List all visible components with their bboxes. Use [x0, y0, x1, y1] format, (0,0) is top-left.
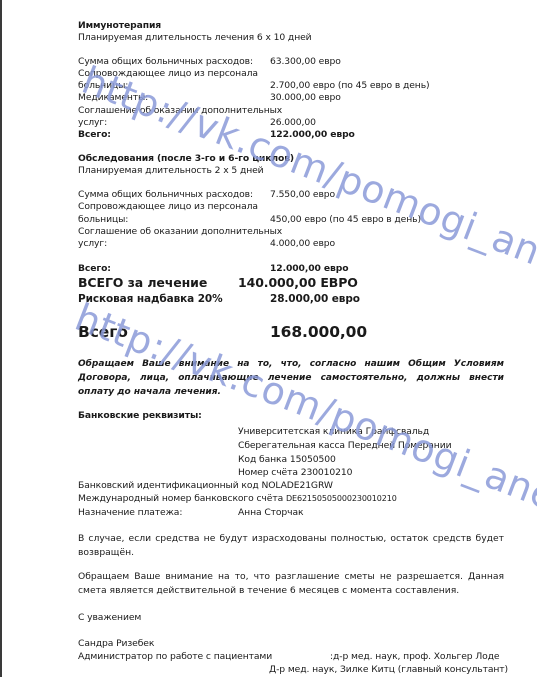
- confidentiality-notice: Обращаем Ваше внимание на то, что разгла…: [78, 570, 504, 598]
- examinations-row-label: больницы:: [78, 214, 128, 226]
- signer-name: Сандра Ризебек: [78, 638, 154, 650]
- closing-regards: С уважением: [78, 612, 141, 624]
- examinations-row-value: 7.550,00 евро: [270, 189, 335, 201]
- bank-recipient-line: Код банка 15050500: [238, 454, 336, 466]
- examinations-total-value: 12.000,00 евро: [270, 263, 348, 275]
- payment-purpose-label: Назначение платежа:: [78, 507, 182, 519]
- document-page: Иммунотерапия Планируемая длительность л…: [0, 0, 537, 677]
- bank-recipient-line: Номер счёта 230010210: [238, 467, 352, 479]
- immunotherapy-row-label: больницы:: [78, 80, 128, 92]
- bank-details-title: Банковские реквизиты:: [78, 410, 202, 422]
- examinations-row-label: Сумма общих больничных расходов:: [78, 189, 253, 201]
- bank-bic: Банковский идентификационный код NOLADE2…: [78, 480, 333, 492]
- refund-notice: В случае, если средства не будут израсхо…: [78, 532, 504, 560]
- risk-surcharge-label: Рисковая надбавка 20%: [78, 293, 223, 305]
- examinations-row-value: 4.000,00 евро: [270, 238, 335, 250]
- grand-total-value: 168.000,00: [270, 326, 367, 338]
- iban-value: DE62150505000230010210: [286, 494, 397, 503]
- examinations-row-value: 450,00 евро (по 45 евро в день): [270, 214, 421, 226]
- grand-total-label: Всего: [78, 326, 128, 338]
- immunotherapy-row-value: 2.700,00 евро (по 45 евро в день): [270, 80, 430, 92]
- immunotherapy-total-value: 122.000,00 евро: [270, 129, 355, 141]
- examinations-total-label: Всего:: [78, 263, 111, 275]
- bank-iban: Международный номер банковского счёта DE…: [78, 493, 397, 505]
- immunotherapy-row-value: 26.000,00: [270, 117, 316, 129]
- doctor-signature-2: Д-р мед. наук, Зилке Китц (главный консу…: [269, 664, 508, 676]
- examinations-row-label: Сопровождающее лицо из персонала: [78, 201, 258, 213]
- treatment-total-value: 140.000,00 ЕВРО: [238, 277, 358, 289]
- bank-recipient-line: Университетская клиника Грайфсвальд: [238, 426, 429, 438]
- immunotherapy-row-label: услуг:: [78, 117, 107, 129]
- iban-label: Международный номер банковского счёта: [78, 493, 283, 504]
- risk-surcharge-value: 28.000,00 евро: [270, 293, 360, 305]
- immunotherapy-row-value: 63.300,00 евро: [270, 56, 341, 68]
- immunotherapy-row-label: Соглашение об оказании дополнительных: [78, 105, 282, 117]
- signer-role: Администратор по работе с пациентами: [78, 651, 272, 663]
- bank-recipient-line: Сберегательная касса Передней Померании: [238, 440, 451, 452]
- treatment-total-label: ВСЕГО за лечение: [78, 277, 207, 289]
- examinations-duration: Планируемая длительность 2 х 5 дней: [78, 165, 264, 177]
- doctor-signature-1: :д-р мед. наук, проф. Хольгер Лоде: [330, 651, 499, 663]
- immunotherapy-row-label: Сумма общих больничных расходов:: [78, 56, 253, 68]
- immunotherapy-row-value: 30.000,00 евро: [270, 92, 341, 104]
- examinations-row-label: Соглашение об оказании дополнительных: [78, 226, 282, 238]
- payment-notice: Обращаем Ваше внимание на то, что, согла…: [78, 357, 504, 399]
- immunotherapy-total-label: Всего:: [78, 129, 111, 141]
- immunotherapy-row-label: Медикаменты:: [78, 92, 148, 104]
- examinations-row-label: услуг:: [78, 238, 107, 250]
- immunotherapy-row-label: Сопровождающее лицо из персонала: [78, 68, 258, 80]
- section-title-immunotherapy: Иммунотерапия: [78, 20, 161, 32]
- immunotherapy-duration: Планируемая длительность лечения 6 х 10 …: [78, 32, 312, 44]
- section-title-examinations: Обследования (после 3-го и 6-го циклов): [78, 153, 294, 165]
- payment-purpose-value: Анна Сторчак: [238, 507, 303, 519]
